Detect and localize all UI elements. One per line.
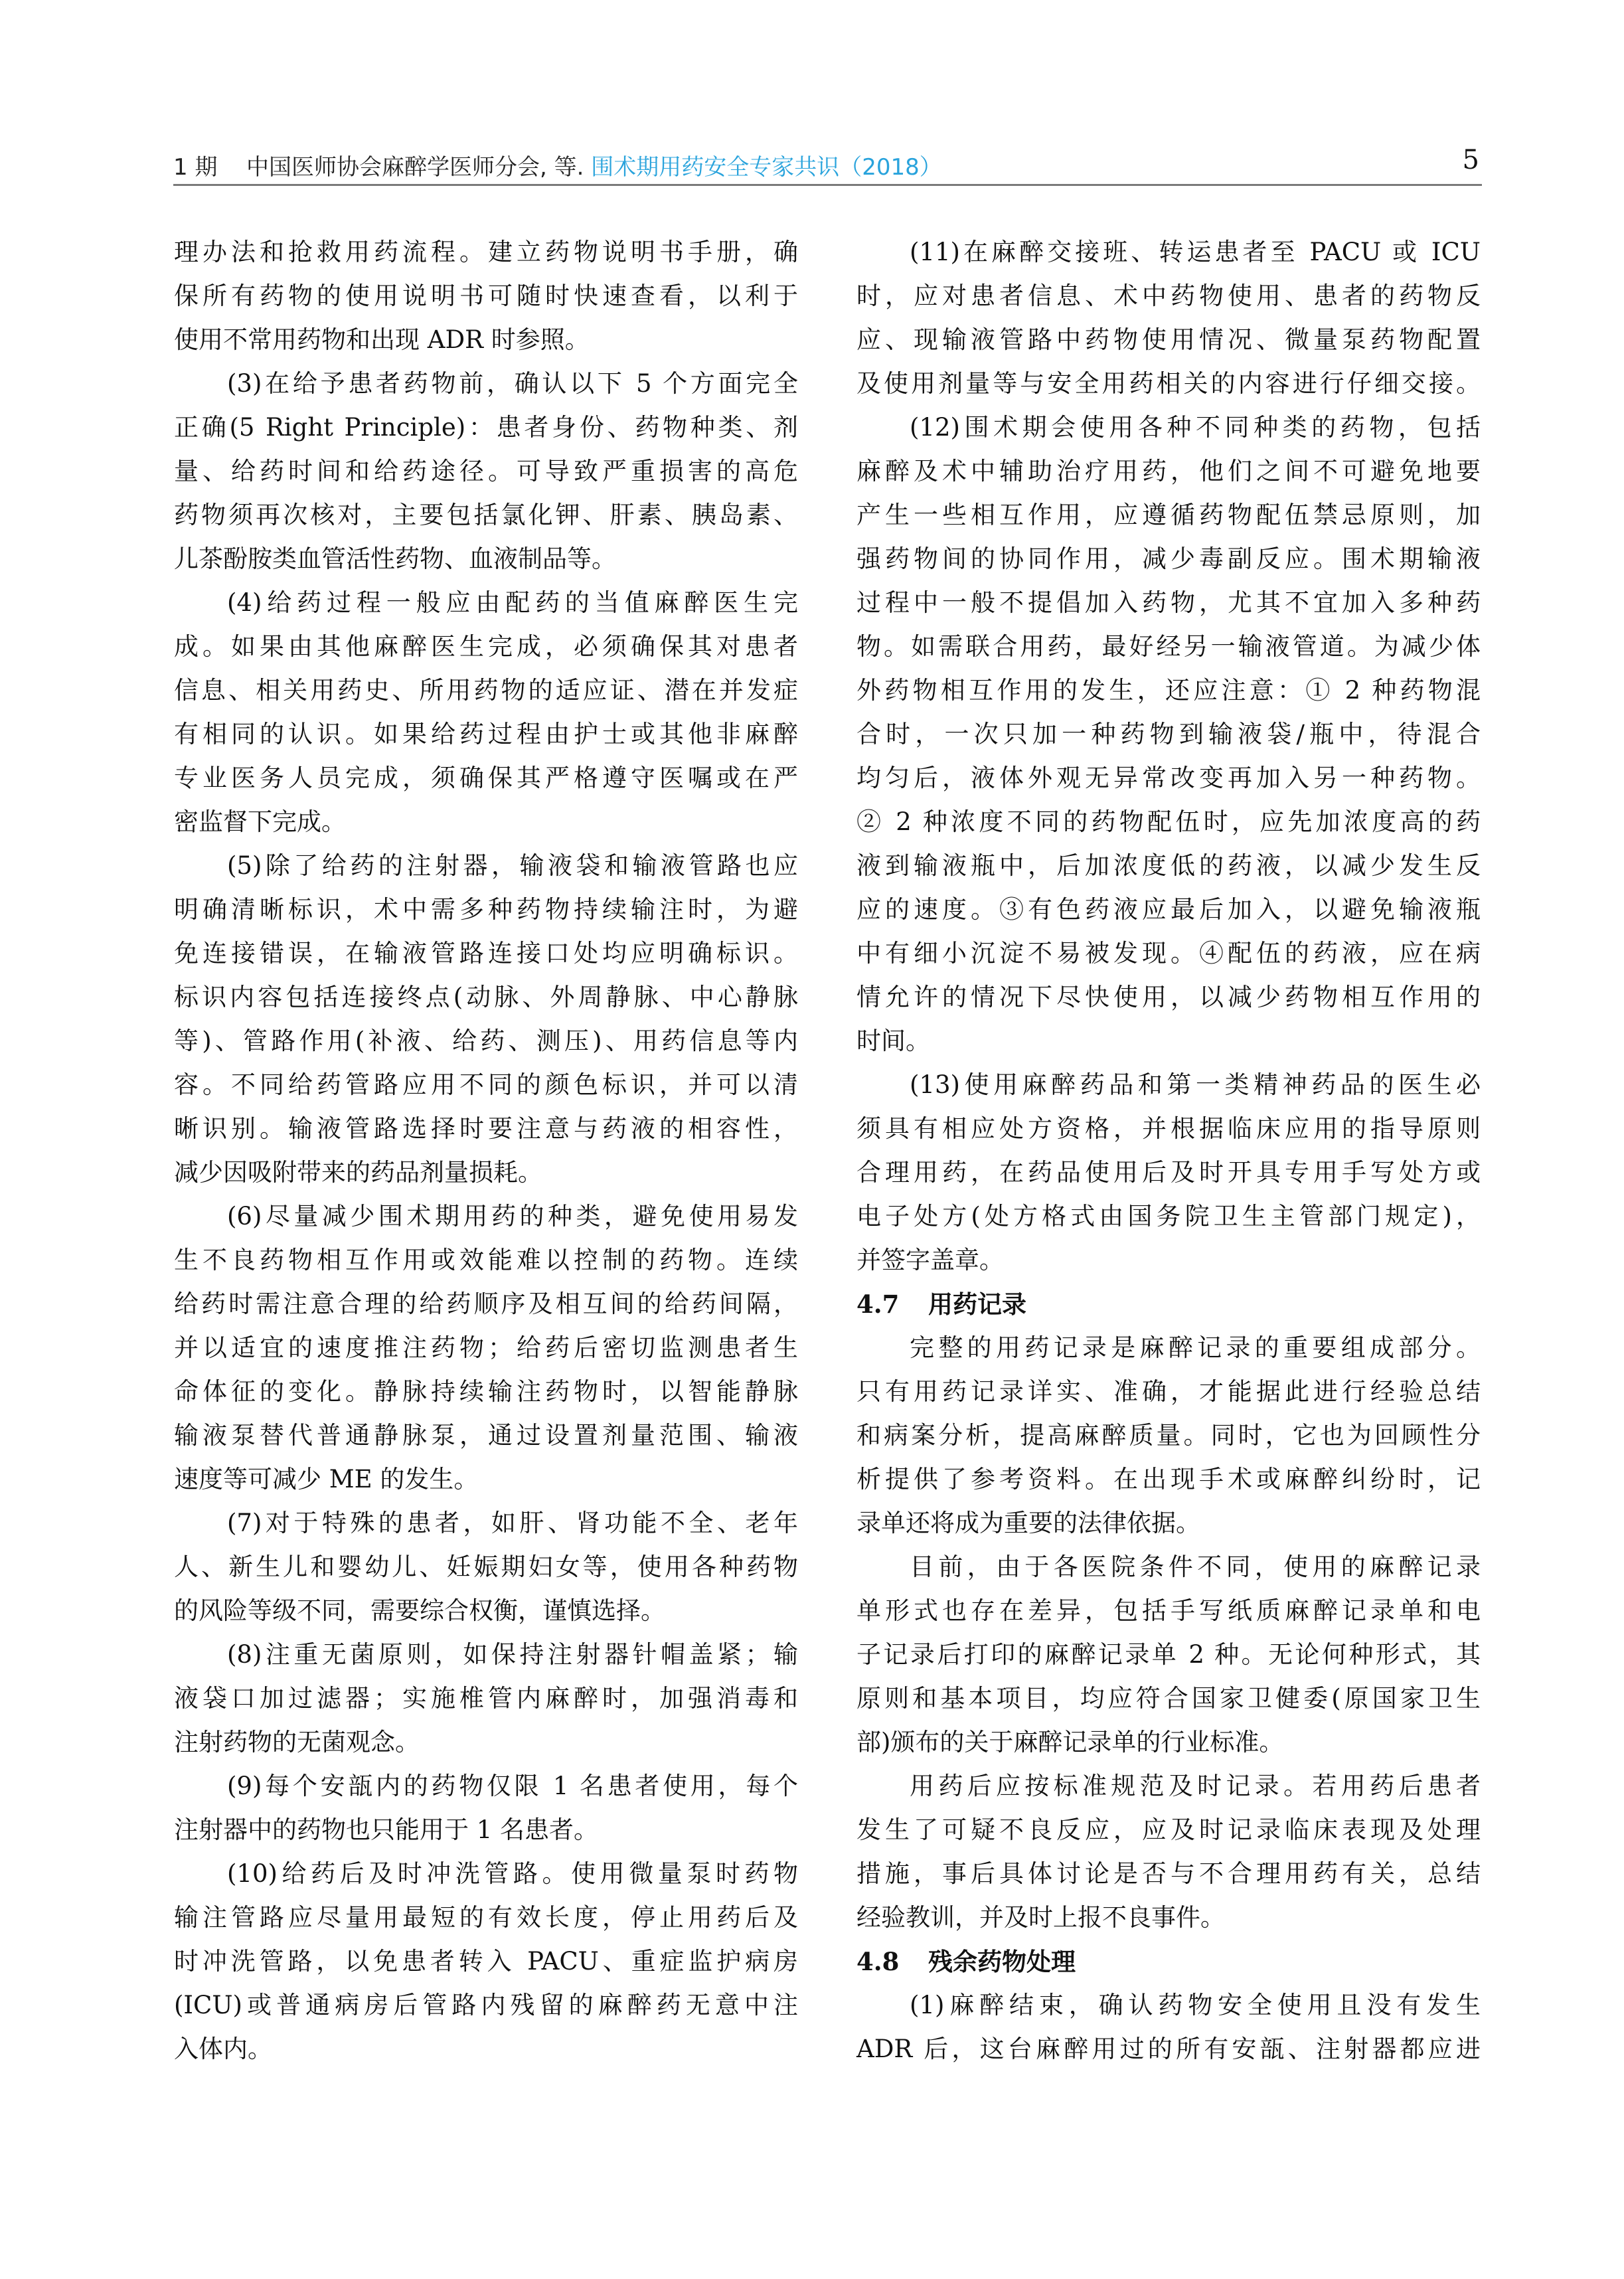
text-line: 外药物相互作用的发生，还应注意：① 2 种药物混	[856, 669, 1481, 713]
section-title: 用药记录	[928, 1290, 1026, 1319]
text-line: (4)给药过程一般应由配药的当值麻醉医生完	[174, 581, 798, 625]
text-line: 部)颁布的关于麻醉记录单的行业标准。	[856, 1721, 1481, 1764]
text-line: 速度等可减少 ME 的发生。	[174, 1458, 798, 1501]
header-divider	[173, 184, 1482, 186]
text-line: 并以适宜的速度推注药物；给药后密切监测患者生	[174, 1326, 798, 1370]
section-heading: 4.8残余药物处理	[856, 1940, 1481, 1984]
page-number: 5	[1463, 145, 1479, 175]
text-line: (8)注重无菌原则，如保持注射器针帽盖紧；输	[174, 1633, 798, 1677]
text-line: 措施，事后具体讨论是否与不合理用药有关，总结	[856, 1852, 1481, 1896]
text-line: 容。不同给药管路应用不同的颜色标识，并可以清	[174, 1063, 798, 1107]
text-line: (13)使用麻醉药品和第一类精神药品的医生必	[856, 1063, 1481, 1107]
text-line: (ICU)或普通病房后管路内残留的麻醉药无意中注	[174, 1984, 798, 2027]
text-line: (3)在给予患者药物前，确认以下 5 个方面完全	[174, 362, 798, 406]
text-line: 理办法和抢救用药流程。建立药物说明书手册，确	[174, 230, 798, 274]
text-line: 生不良药物相互作用或效能难以控制的药物。连续	[174, 1238, 798, 1282]
text-line: 量、给药时间和给药途径。可导致严重损害的高危	[174, 450, 798, 493]
text-line: 时冲洗管路，以免患者转入 PACU、重症监护病房	[174, 1940, 798, 1984]
issue-label: 1 期	[173, 149, 217, 181]
text-line: 子记录后打印的麻醉记录单 2 种。无论何种形式，其	[856, 1633, 1481, 1677]
text-line: 合时，一次只加一种药物到输液袋/瓶中，待混合	[856, 713, 1481, 756]
text-line: (6)尽量减少围术期用药的种类，避免使用易发	[174, 1195, 798, 1238]
text-line: 时，应对患者信息、术中药物使用、患者的药物反	[856, 274, 1481, 318]
text-line: 和病案分析，提高麻醉质量。同时，它也为回顾性分	[856, 1414, 1481, 1458]
text-line: 过程中一般不提倡加入药物，尤其不宜加入多种药	[856, 581, 1481, 625]
text-line: 须具有相应处方资格，并根据临床应用的指导原则	[856, 1107, 1481, 1151]
text-line: 物。如需联合用药，最好经另一输液管道。为减少体	[856, 625, 1481, 669]
text-line: (11)在麻醉交接班、转运患者至 PACU 或 ICU	[856, 230, 1481, 274]
text-line: (7)对于特殊的患者，如肝、肾功能不全、老年	[174, 1501, 798, 1545]
text-line: 注射器中的药物也只能用于 1 名患者。	[174, 1808, 798, 1852]
text-line: 晰识别。输液管路选择时要注意与药液的相容性，	[174, 1107, 798, 1151]
text-line: 使用不常用药物和出现 ADR 时参照。	[174, 318, 798, 362]
text-line: 单形式也存在差异，包括手写纸质麻醉记录单和电	[856, 1589, 1481, 1633]
article-title: 围术期用药安全专家共识（2018）	[591, 154, 942, 181]
journal-page: 1 期 中国医师协会麻醉学医师分会, 等. 围术期用药安全专家共识（2018） …	[0, 0, 1624, 2279]
text-line: ADR 后，这台麻醉用过的所有安瓿、注射器都应进	[856, 2027, 1481, 2071]
text-line: (5)除了给药的注射器，输液袋和输液管路也应	[174, 844, 798, 888]
section-number: 4.7	[856, 1282, 928, 1326]
text-line: 标识内容包括连接终点(动脉、外周静脉、中心静脉	[174, 975, 798, 1019]
text-line: 电子处方(处方格式由国务院卫生主管部门规定)，	[856, 1195, 1481, 1238]
running-head-citation: 中国医师协会麻醉学医师分会, 等. 围术期用药安全专家共识（2018）	[246, 149, 942, 181]
text-line: 只有用药记录详实、准确，才能据此进行经验总结	[856, 1370, 1481, 1414]
text-line: 药物须再次核对，主要包括氯化钾、肝素、胰岛素、	[174, 493, 798, 537]
text-line: 并签字盖章。	[856, 1238, 1481, 1282]
text-line: 均匀后，液体外观无异常改变再加入另一种药物。	[856, 756, 1481, 800]
text-line: 及使用剂量等与安全用药相关的内容进行仔细交接。	[856, 362, 1481, 406]
text-line: 时间。	[856, 1019, 1481, 1063]
text-line: ② 2 种浓度不同的药物配伍时，应先加浓度高的药	[856, 800, 1481, 844]
text-line: 应、现输液管路中药物使用情况、微量泵药物配置	[856, 318, 1481, 362]
text-line: 用药后应按标准规范及时记录。若用药后患者	[856, 1764, 1481, 1808]
text-line: 应的速度。③有色药液应最后加入，以避免输液瓶	[856, 888, 1481, 932]
section-title: 残余药物处理	[928, 1948, 1076, 1976]
text-line: 液到输液瓶中，后加浓度低的药液，以减少发生反	[856, 844, 1481, 888]
text-line: 有相同的认识。如果给药过程由护士或其他非麻醉	[174, 713, 798, 756]
text-line: 正确(5 Right Principle)：患者身份、药物种类、剂	[174, 406, 798, 450]
text-line: 命体征的变化。静脉持续输注药物时，以智能静脉	[174, 1370, 798, 1414]
text-line: 等)、管路作用(补液、给药、测压)、用药信息等内	[174, 1019, 798, 1063]
text-line: 产生一些相互作用，应遵循药物配伍禁忌原则，加	[856, 493, 1481, 537]
text-line: 完整的用药记录是麻醉记录的重要组成部分。	[856, 1326, 1481, 1370]
text-line: (10)给药后及时冲洗管路。使用微量泵时药物	[174, 1852, 798, 1896]
text-line: 密监督下完成。	[174, 800, 798, 844]
section-heading: 4.7用药记录	[856, 1282, 1481, 1326]
text-line: 入体内。	[174, 2027, 798, 2071]
text-line: 成。如果由其他麻醉医生完成，必须确保其对患者	[174, 625, 798, 669]
text-line: 明确清晰标识，术中需多种药物持续输注时，为避	[174, 888, 798, 932]
text-line: 合理用药，在药品使用后及时开具专用手写处方或	[856, 1151, 1481, 1195]
text-line: 专业医务人员完成，须确保其严格遵守医嘱或在严	[174, 756, 798, 800]
text-line: 输注管路应尽量用最短的有效长度，停止用药后及	[174, 1896, 798, 1940]
text-line: 的风险等级不同，需要综合权衡，谨慎选择。	[174, 1589, 798, 1633]
text-line: 发生了可疑不良反应，应及时记录临床表现及处理	[856, 1808, 1481, 1852]
section-number: 4.8	[856, 1940, 928, 1984]
text-line: 液袋口加过滤器；实施椎管内麻醉时，加强消毒和	[174, 1677, 798, 1721]
left-column: 理办法和抢救用药流程。建立药物说明书手册，确保所有药物的使用说明书可随时快速查看…	[174, 230, 798, 2071]
text-line: 情允许的情况下尽快使用，以减少药物相互作用的	[856, 975, 1481, 1019]
text-line: 目前，由于各医院条件不同，使用的麻醉记录	[856, 1545, 1481, 1589]
text-line: 儿茶酚胺类血管活性药物、血液制品等。	[174, 537, 798, 581]
text-line: 输液泵替代普通静脉泵，通过设置剂量范围、输液	[174, 1414, 798, 1458]
text-line: (1)麻醉结束，确认药物安全使用且没有发生	[856, 1984, 1481, 2027]
text-line: 原则和基本项目，均应符合国家卫健委(原国家卫生	[856, 1677, 1481, 1721]
text-line: 经验教训，并及时上报不良事件。	[856, 1896, 1481, 1940]
text-line: 注射药物的无菌观念。	[174, 1721, 798, 1764]
text-line: 给药时需注意合理的给药顺序及相互间的给药间隔，	[174, 1282, 798, 1326]
text-line: 免连接错误，在输液管路连接口处均应明确标识。	[174, 932, 798, 975]
running-head: 1 期 中国医师协会麻醉学医师分会, 等. 围术期用药安全专家共识（2018） …	[173, 145, 1482, 178]
text-line: 保所有药物的使用说明书可随时快速查看，以利于	[174, 274, 798, 318]
text-line: 麻醉及术中辅助治疗用药，他们之间不可避免地要	[856, 450, 1481, 493]
text-line: 减少因吸附带来的药品剂量损耗。	[174, 1151, 798, 1195]
text-line: (9)每个安瓿内的药物仅限 1 名患者使用，每个	[174, 1764, 798, 1808]
text-line: 信息、相关用药史、所用药物的适应证、潜在并发症	[174, 669, 798, 713]
text-line: 中有细小沉淀不易被发现。④配伍的药液，应在病	[856, 932, 1481, 975]
text-line: (12)围术期会使用各种不同种类的药物，包括	[856, 406, 1481, 450]
text-line: 人、新生儿和婴幼儿、妊娠期妇女等，使用各种药物	[174, 1545, 798, 1589]
authors-label: 中国医师协会麻醉学医师分会, 等.	[246, 154, 584, 181]
text-line: 强药物间的协同作用，减少毒副反应。围术期输液	[856, 537, 1481, 581]
text-line: 录单还将成为重要的法律依据。	[856, 1501, 1481, 1545]
text-line: 析提供了参考资料。在出现手术或麻醉纠纷时，记	[856, 1458, 1481, 1501]
right-column: (11)在麻醉交接班、转运患者至 PACU 或 ICU时，应对患者信息、术中药物…	[856, 230, 1481, 2071]
